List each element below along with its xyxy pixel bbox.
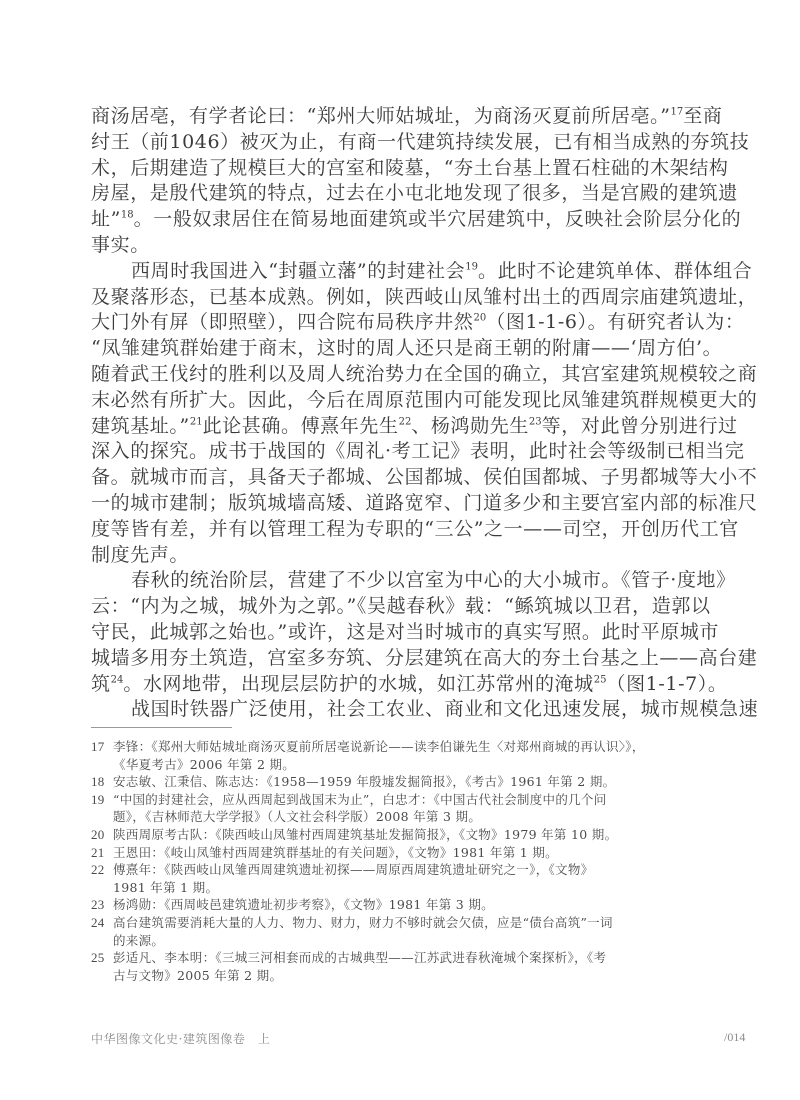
text-line: 随着武王伐纣的胜利以及周人统治势力在全国的确立，其宫室建筑规模较之商 — [91, 362, 578, 388]
footnote-text: 安志敏、江秉信、陈志达：《1958—1959 年殷墟发掘简报》，《考古》1961… — [113, 773, 581, 791]
text-line: 址”18。一般奴隶居住在简易地面建筑或半穴居建筑中，反映社会阶层分化的 — [91, 207, 578, 233]
footnote-number: 17 — [91, 738, 105, 756]
text-line: 商汤居亳，有学者论曰：“郑州大师姑城址，为商汤灭夏前所居亳。”17至商 — [91, 104, 578, 130]
footnote-ref-21[interactable]: 21 — [190, 416, 203, 427]
paragraph-shang-dynasty: 商汤居亳，有学者论曰：“郑州大师姑城址，为商汤灭夏前所居亳。”17至商 纣王（前… — [91, 104, 578, 259]
footnote-text: 杨鸿勋：《西周岐邑建筑遗址初步考察》，《文物》1981 年第 3 期。 — [113, 896, 581, 914]
footnote-ref-19[interactable]: 19 — [465, 261, 478, 272]
footnote-number: 24 — [91, 914, 105, 932]
footnote-number: 21 — [91, 844, 105, 862]
text-line: 城墙多用夯土筑造，宫室多夯筑、分层建筑在高大的夯土台基之上——高台建 — [91, 646, 578, 672]
text-line: 深入的探究。成书于战国的《周礼·考工记》表明，此时社会等级制已相当完 — [91, 439, 578, 465]
body-text: 商汤居亳，有学者论曰：“郑州大师姑城址，为商汤灭夏前所居亳。”17至商 纣王（前… — [91, 104, 578, 723]
footnote-text: 李锋：《郑州大师姑城址商汤灭夏前所居亳说新论——读李伯谦先生〈对郑州商城的再认识… — [113, 738, 581, 756]
text-line: 及聚落形态，已基本成熟。例如，陕西岐山凤雏村出土的西周宗庙建筑遗址， — [91, 285, 578, 311]
footnote-text: “中国的封建社会，应从西周起到战国末为止”，白忠才：《中国古代社会制度中的几个问 — [113, 791, 581, 809]
footnote-20: 20 陕西周原考古队：《陕西岐山凤雏村西周建筑基址发掘简报》，《文物》1979 … — [91, 826, 581, 844]
footnote-23: 23 杨鸿勋：《西周岐邑建筑遗址初步考察》，《文物》1981 年第 3 期。 — [91, 896, 581, 914]
footnote-number: 20 — [91, 826, 105, 844]
text-line: 建筑基址。”21此论甚确。傅熹年先生22、杨鸿勋先生23等，对此曾分别进行过 — [91, 414, 578, 440]
text-line: 末必然有所扩大。因此，今后在周原范围内可能发现比凤雏建筑群规模更大的 — [91, 388, 578, 414]
text-line: 大门外有屏（即照壁），四合院布局秩序井然20（图1-1-6）。有研究者认为： — [91, 310, 578, 336]
footnote-text: 1981 年第 1 期。 — [113, 879, 581, 897]
footnote-text: 题》，《吉林师范大学学报》（人文社会科学版）2008 年第 3 期。 — [113, 808, 581, 826]
text-line: 筑24。水网地带，出现层层防护的水城，如江苏常州的淹城25（图1-1-7）。 — [91, 672, 578, 698]
text-line: 守民，此城郭之始也。”或许，这是对当时城市的真实写照。此时平原城市 — [91, 620, 578, 646]
footnote-ref-23[interactable]: 23 — [529, 416, 542, 427]
text-line: 制度先声。 — [91, 543, 578, 569]
text-line: 春秋的统治阶层，营建了不少以宫室为中心的大小城市。《管子·度地》 — [91, 568, 578, 594]
text-line: 战国时铁器广泛使用，社会工农业、商业和文化迅速发展，城市规模急速 — [91, 697, 578, 723]
footnote-25: 25 彭适凡、李本明：《三城三河相套而成的古城典型——江苏武进春秋淹城个案探析》… — [91, 949, 581, 984]
footnote-ref-20[interactable]: 20 — [474, 313, 487, 324]
footnote-text: 傅熹年：《陕西岐山凤雏西周建筑遗址初探——周原西周建筑遗址研究之一》，《文物》 — [113, 861, 581, 879]
document-page: 商汤居亳，有学者论曰：“郑州大师姑城址，为商汤灭夏前所居亳。”17至商 纣王（前… — [0, 0, 800, 1100]
text-line: “凤雏建筑群始建于商末，这时的周人还只是商王朝的附庸——‘周方伯’。 — [91, 336, 578, 362]
text-line: 备。就城市而言，具备天子都城、公国都城、侯伯国都城、子男都城等大小不 — [91, 465, 578, 491]
footnote-ref-18[interactable]: 18 — [121, 210, 134, 221]
page-number: /014 — [724, 1030, 745, 1045]
footnote-24: 24 高台建筑需要消耗大量的人力、物力、财力，财力不够时就会欠债，应是“债台高筑… — [91, 914, 581, 949]
footnotes: 17 李锋：《郑州大师姑城址商汤灭夏前所居亳说新论——读李伯谦先生〈对郑州商城的… — [91, 738, 581, 984]
footnote-number: 22 — [91, 861, 105, 879]
footnote-ref-22[interactable]: 22 — [399, 416, 412, 427]
footnote-22: 22 傅熹年：《陕西岐山凤雏西周建筑遗址初探——周原西周建筑遗址研究之一》，《文… — [91, 861, 581, 896]
paragraph-spring-autumn: 春秋的统治阶层，营建了不少以宫室为中心的大小城市。《管子·度地》 云：“内为之城… — [91, 568, 578, 697]
text-line: 纣王（前1046）被灭为止，有商一代建筑持续发展，已有相当成熟的夯筑技 — [91, 130, 578, 156]
text-line: 事实。 — [91, 233, 578, 259]
footnote-text: 王恩田：《岐山凤雏村西周建筑群基址的有关问题》，《文物》1981 年第 1 期。 — [113, 844, 581, 862]
footnote-divider — [91, 727, 232, 728]
footnote-17: 17 李锋：《郑州大师姑城址商汤灭夏前所居亳说新论——读李伯谦先生〈对郑州商城的… — [91, 738, 581, 773]
footnote-text: 彭适凡、李本明：《三城三河相套而成的古城典型——江苏武进春秋淹城个案探析》，《考 — [113, 949, 581, 967]
paragraph-warring-states: 战国时铁器广泛使用，社会工农业、商业和文化迅速发展，城市规模急速 — [91, 697, 578, 723]
text-line: 云：“内为之城，城外为之郭。”《吴越春秋》载：“鲧筑城以卫君，造郭以 — [91, 594, 578, 620]
footnote-text: 高台建筑需要消耗大量的人力、物力、财力，财力不够时就会欠债，应是“债台高筑”一词 — [113, 914, 581, 932]
footnote-19: 19 “中国的封建社会，应从西周起到战国末为止”，白忠才：《中国古代社会制度中的… — [91, 791, 581, 826]
footnote-21: 21 王恩田：《岐山凤雏村西周建筑群基址的有关问题》，《文物》1981 年第 1… — [91, 844, 581, 862]
paragraph-western-zhou: 西周时我国进入“封疆立藩”的封建社会19。此时不论建筑单体、群体组合 及聚落形态… — [91, 259, 578, 569]
running-footer-book-title: 中华图像文化史·建筑图像卷 上 — [91, 1030, 270, 1047]
footnote-18: 18 安志敏、江秉信、陈志达：《1958—1959 年殷墟发掘简报》，《考古》1… — [91, 773, 581, 791]
footnote-text: 古与文物》2005 年第 2 期。 — [113, 967, 581, 985]
footnote-text: 的来源。 — [113, 932, 581, 950]
footnote-number: 23 — [91, 896, 105, 914]
text-line: 一的城市建制；版筑城墙高矮、道路宽窄、门道多少和主要宫室内部的标准尺 — [91, 491, 578, 517]
text-line: 西周时我国进入“封疆立藩”的封建社会19。此时不论建筑单体、群体组合 — [91, 259, 578, 285]
footnote-ref-24[interactable]: 24 — [111, 674, 124, 685]
text-line: 术，后期建造了规模巨大的宫室和陵墓，“夯土台基上置石柱础的木架结构 — [91, 156, 578, 182]
footnote-ref-25[interactable]: 25 — [594, 674, 607, 685]
footnote-number: 25 — [91, 949, 105, 967]
footnote-text: 陕西周原考古队：《陕西岐山凤雏村西周建筑基址发掘简报》，《文物》1979 年第 … — [113, 826, 581, 844]
footnote-text: 《华夏考古》2006 年第 2 期。 — [113, 756, 581, 774]
footnote-number: 19 — [91, 791, 105, 809]
text-line: 房屋，是殷代建筑的特点，过去在小屯北地发现了很多，当是宫殿的建筑遗 — [91, 181, 578, 207]
footnote-number: 18 — [91, 773, 105, 791]
footnote-ref-17[interactable]: 17 — [671, 107, 684, 118]
text-line: 度等皆有差，并有以管理工程为专职的“三公”之一——司空，开创历代工官 — [91, 517, 578, 543]
